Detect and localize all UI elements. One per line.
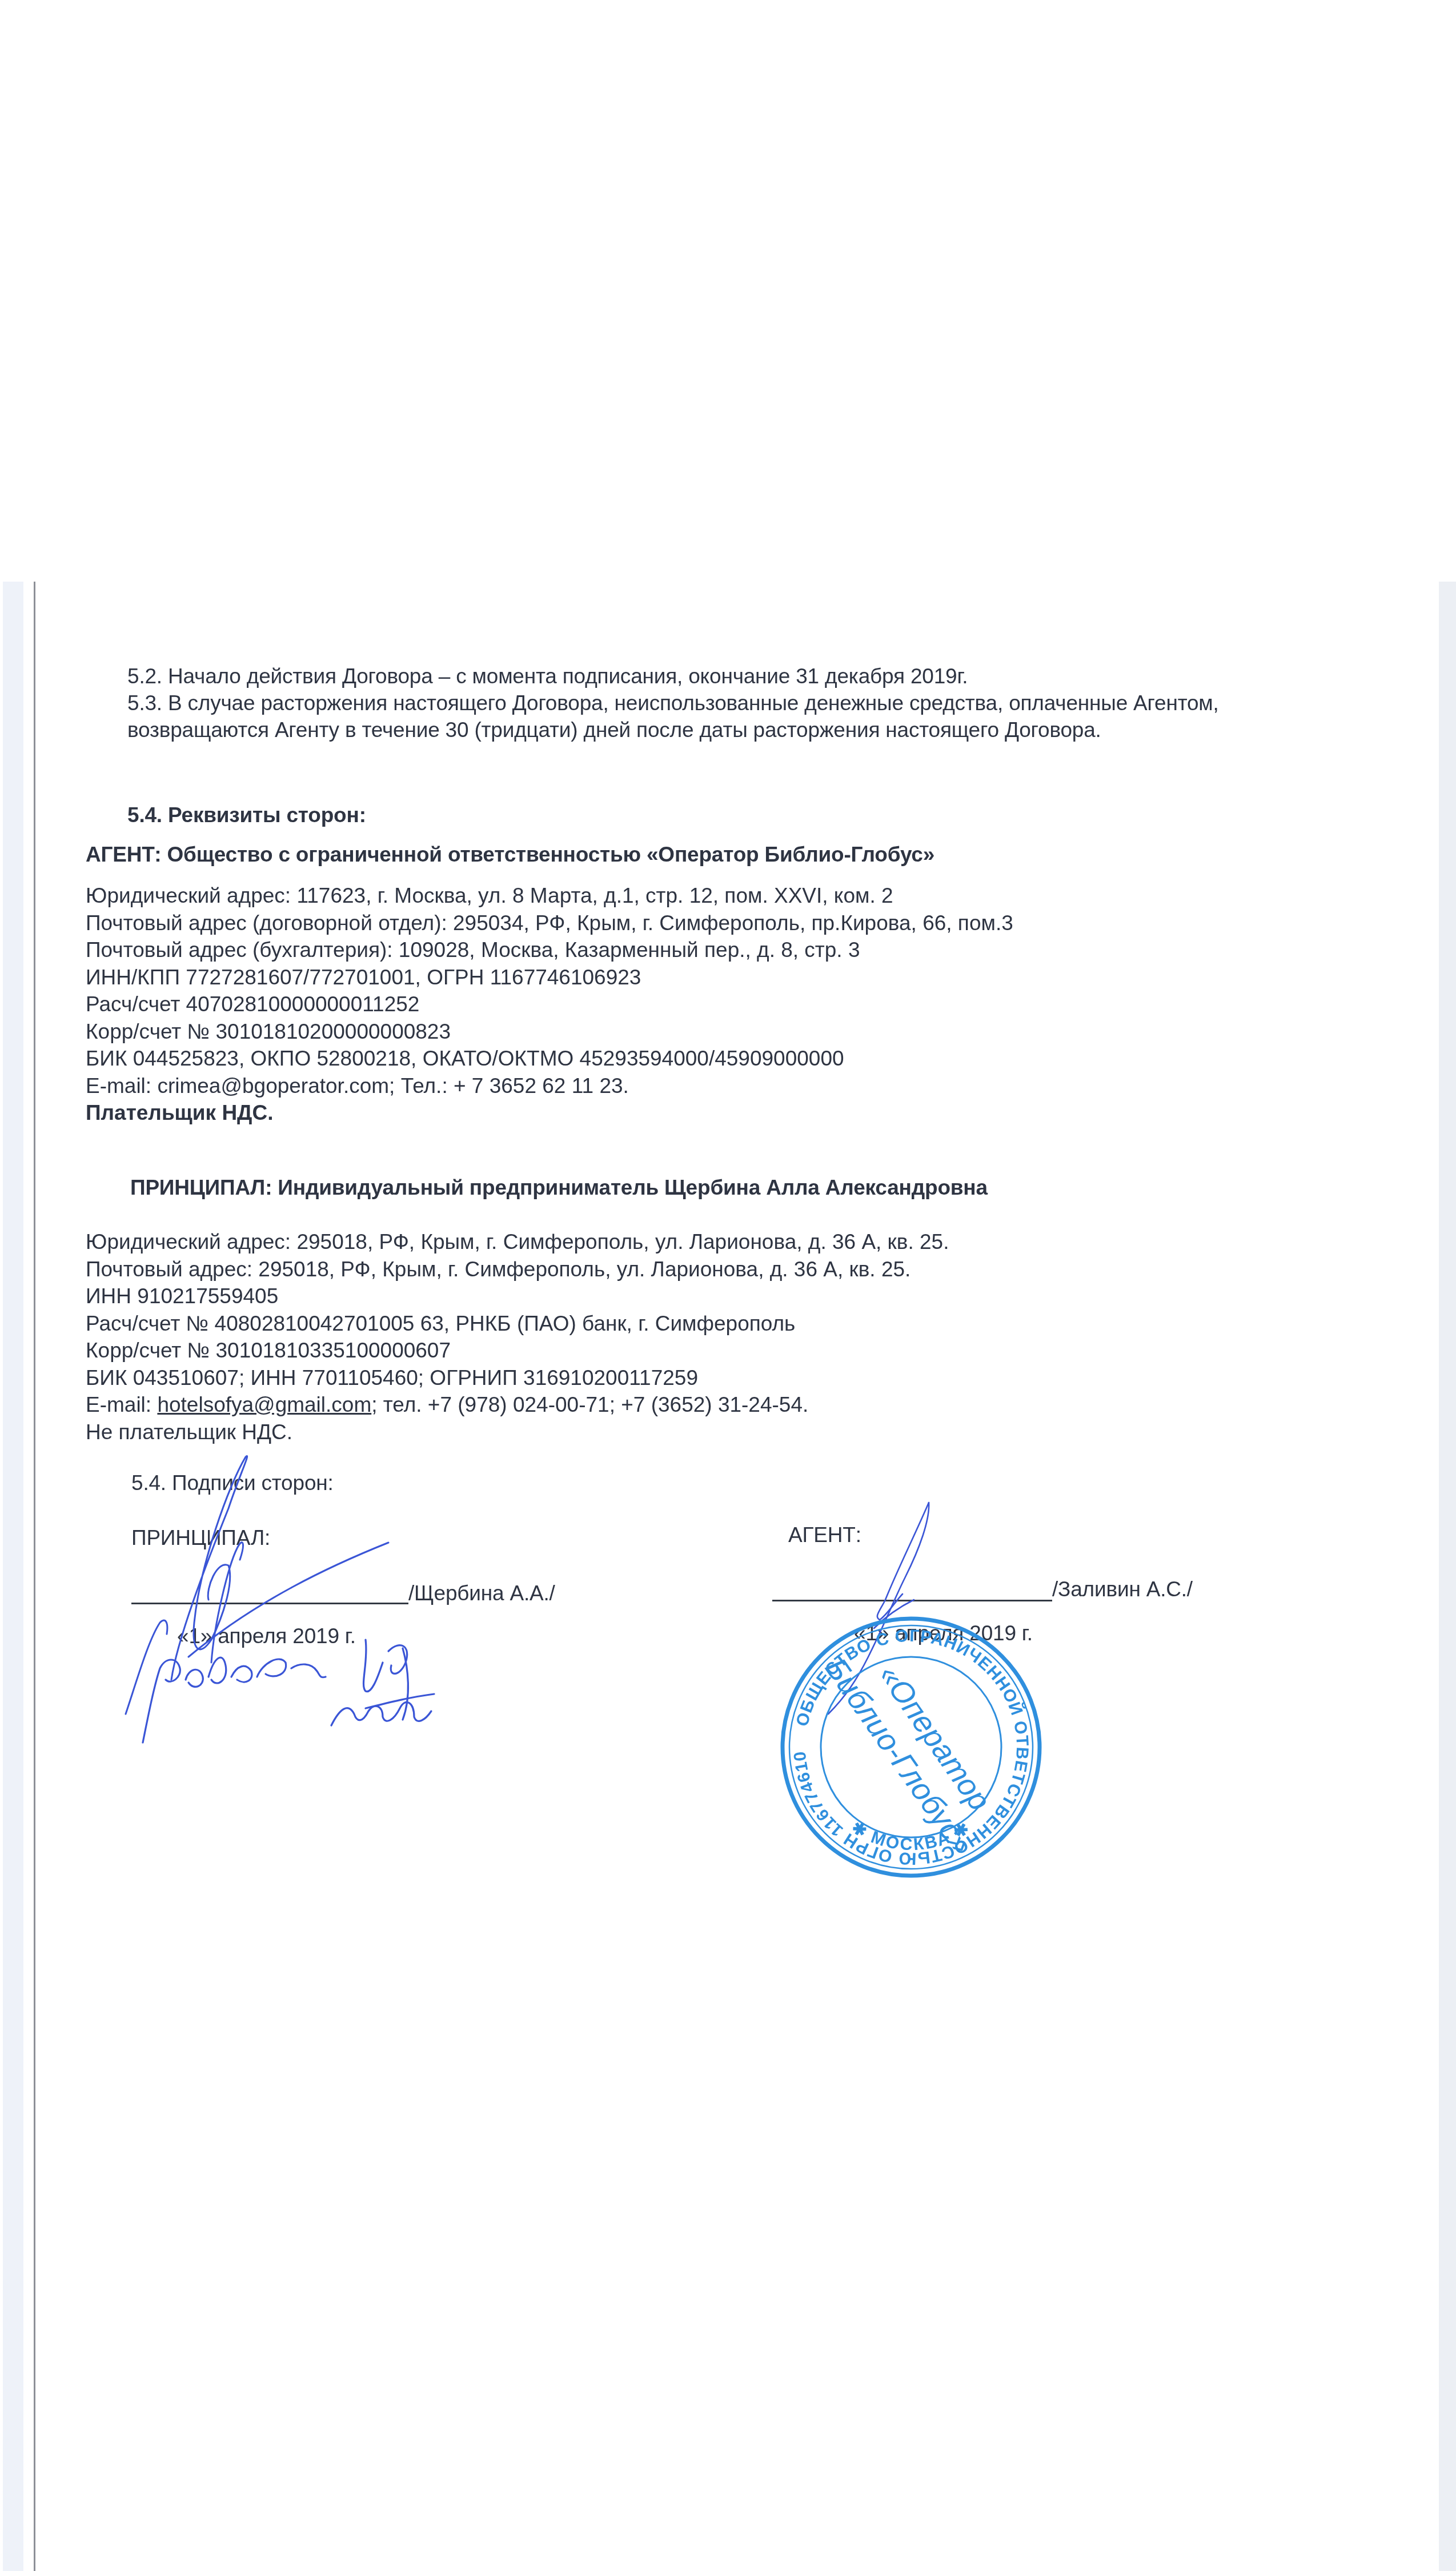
agent-contacts: E-mail: crimea@bgoperator.com; Тел.: + 7…: [86, 1072, 1013, 1100]
clause-5-2: 5.2. Начало действия Договора – с момент…: [127, 663, 968, 690]
principal-postal-address: Почтовый адрес: 295018, РФ, Крым, г. Сим…: [86, 1256, 949, 1283]
agent-signature-label: АГЕНТ:: [788, 1521, 861, 1548]
principal-correspondent-account: Корр/счет № 30101810335100000607: [86, 1337, 949, 1364]
clause-5-3-line-1: 5.3. В случае расторжения настоящего Дог…: [127, 690, 1219, 716]
scan-edge-shade-right: [1439, 582, 1456, 2571]
agent-requisites: Юридический адрес: 117623, г. Москва, ул…: [86, 882, 1013, 1127]
agent-legal-address: Юридический адрес: 117623, г. Москва, ул…: [86, 882, 1013, 910]
email-label: E-mail:: [86, 1393, 157, 1416]
agent-postal-address-accounting: Почтовый адрес (бухгалтерия): 109028, Мо…: [86, 936, 1013, 964]
agent-signature-line: [772, 1600, 1052, 1601]
clause-5-3-line-2: возвращаются Агенту в течение 30 (тридца…: [127, 716, 1101, 743]
scan-edge-line-left: [34, 582, 35, 2571]
principal-signatory-name: /Щербина А.А./: [408, 1580, 555, 1607]
principal-requisites: Юридический адрес: 295018, РФ, Крым, г. …: [86, 1228, 949, 1445]
principal-phones: ; тел. +7 (978) 024-00-71; +7 (3652) 31-…: [371, 1393, 808, 1416]
principal-vat-status: Не плательщик НДС.: [86, 1419, 949, 1446]
principal-heading: ПРИНЦИПАЛ: Индивидуальный предпринимател…: [130, 1174, 988, 1201]
principal-contacts: E-mail: hotelsofya@gmail.com; тел. +7 (9…: [86, 1391, 949, 1419]
agent-postal-address-contracts: Почтовый адрес (договорной отдел): 29503…: [86, 910, 1013, 937]
principal-legal-address: Юридический адрес: 295018, РФ, Крым, г. …: [86, 1228, 949, 1256]
agent-settlement-account: Расч/счет 40702810000000011252: [86, 991, 1013, 1018]
principal-signature-label: ПРИНЦИПАЛ:: [131, 1524, 270, 1551]
principal-signature-line: [131, 1603, 408, 1604]
principal-bik-inn-ogrnip: БИК 043510607; ИНН 7701105460; ОГРНИП 31…: [86, 1364, 949, 1392]
principal-inn: ИНН 910217559405: [86, 1283, 949, 1310]
company-stamp-icon: ОБЩЕСТВО С ОГРАНИЧЕННОЙ ОТВЕТСТВЕННОСТЬЮ…: [774, 1610, 1048, 1884]
agent-inn-kpp-ogrn: ИНН/КПП 7727281607/772701001, ОГРН 11677…: [86, 964, 1013, 991]
principal-email-link[interactable]: hotelsofya@gmail.com: [157, 1393, 371, 1416]
agent-heading: АГЕНТ: Общество с ограниченной ответстве…: [86, 841, 934, 868]
scan-edge-shade-left: [3, 582, 23, 2571]
agent-correspondent-account: Корр/счет № 30101810200000000823: [86, 1018, 1013, 1046]
principal-signature-date: «1» апреля 2019 г.: [149, 1623, 356, 1649]
principal-settlement-account: Расч/счет № 40802810042701005 63, РНКБ (…: [86, 1310, 949, 1337]
signatures-heading: 5.4. Подписи сторон:: [131, 1469, 334, 1496]
agent-bik-okpo-okato: БИК 044525823, ОКПО 52800218, ОКАТО/ОКТМ…: [86, 1045, 1013, 1072]
requisites-heading: 5.4. Реквизиты сторон:: [127, 802, 366, 828]
agent-signatory-name: /Заливин А.С./: [1052, 1576, 1193, 1603]
agent-vat-status: Плательщик НДС.: [86, 1099, 1013, 1127]
